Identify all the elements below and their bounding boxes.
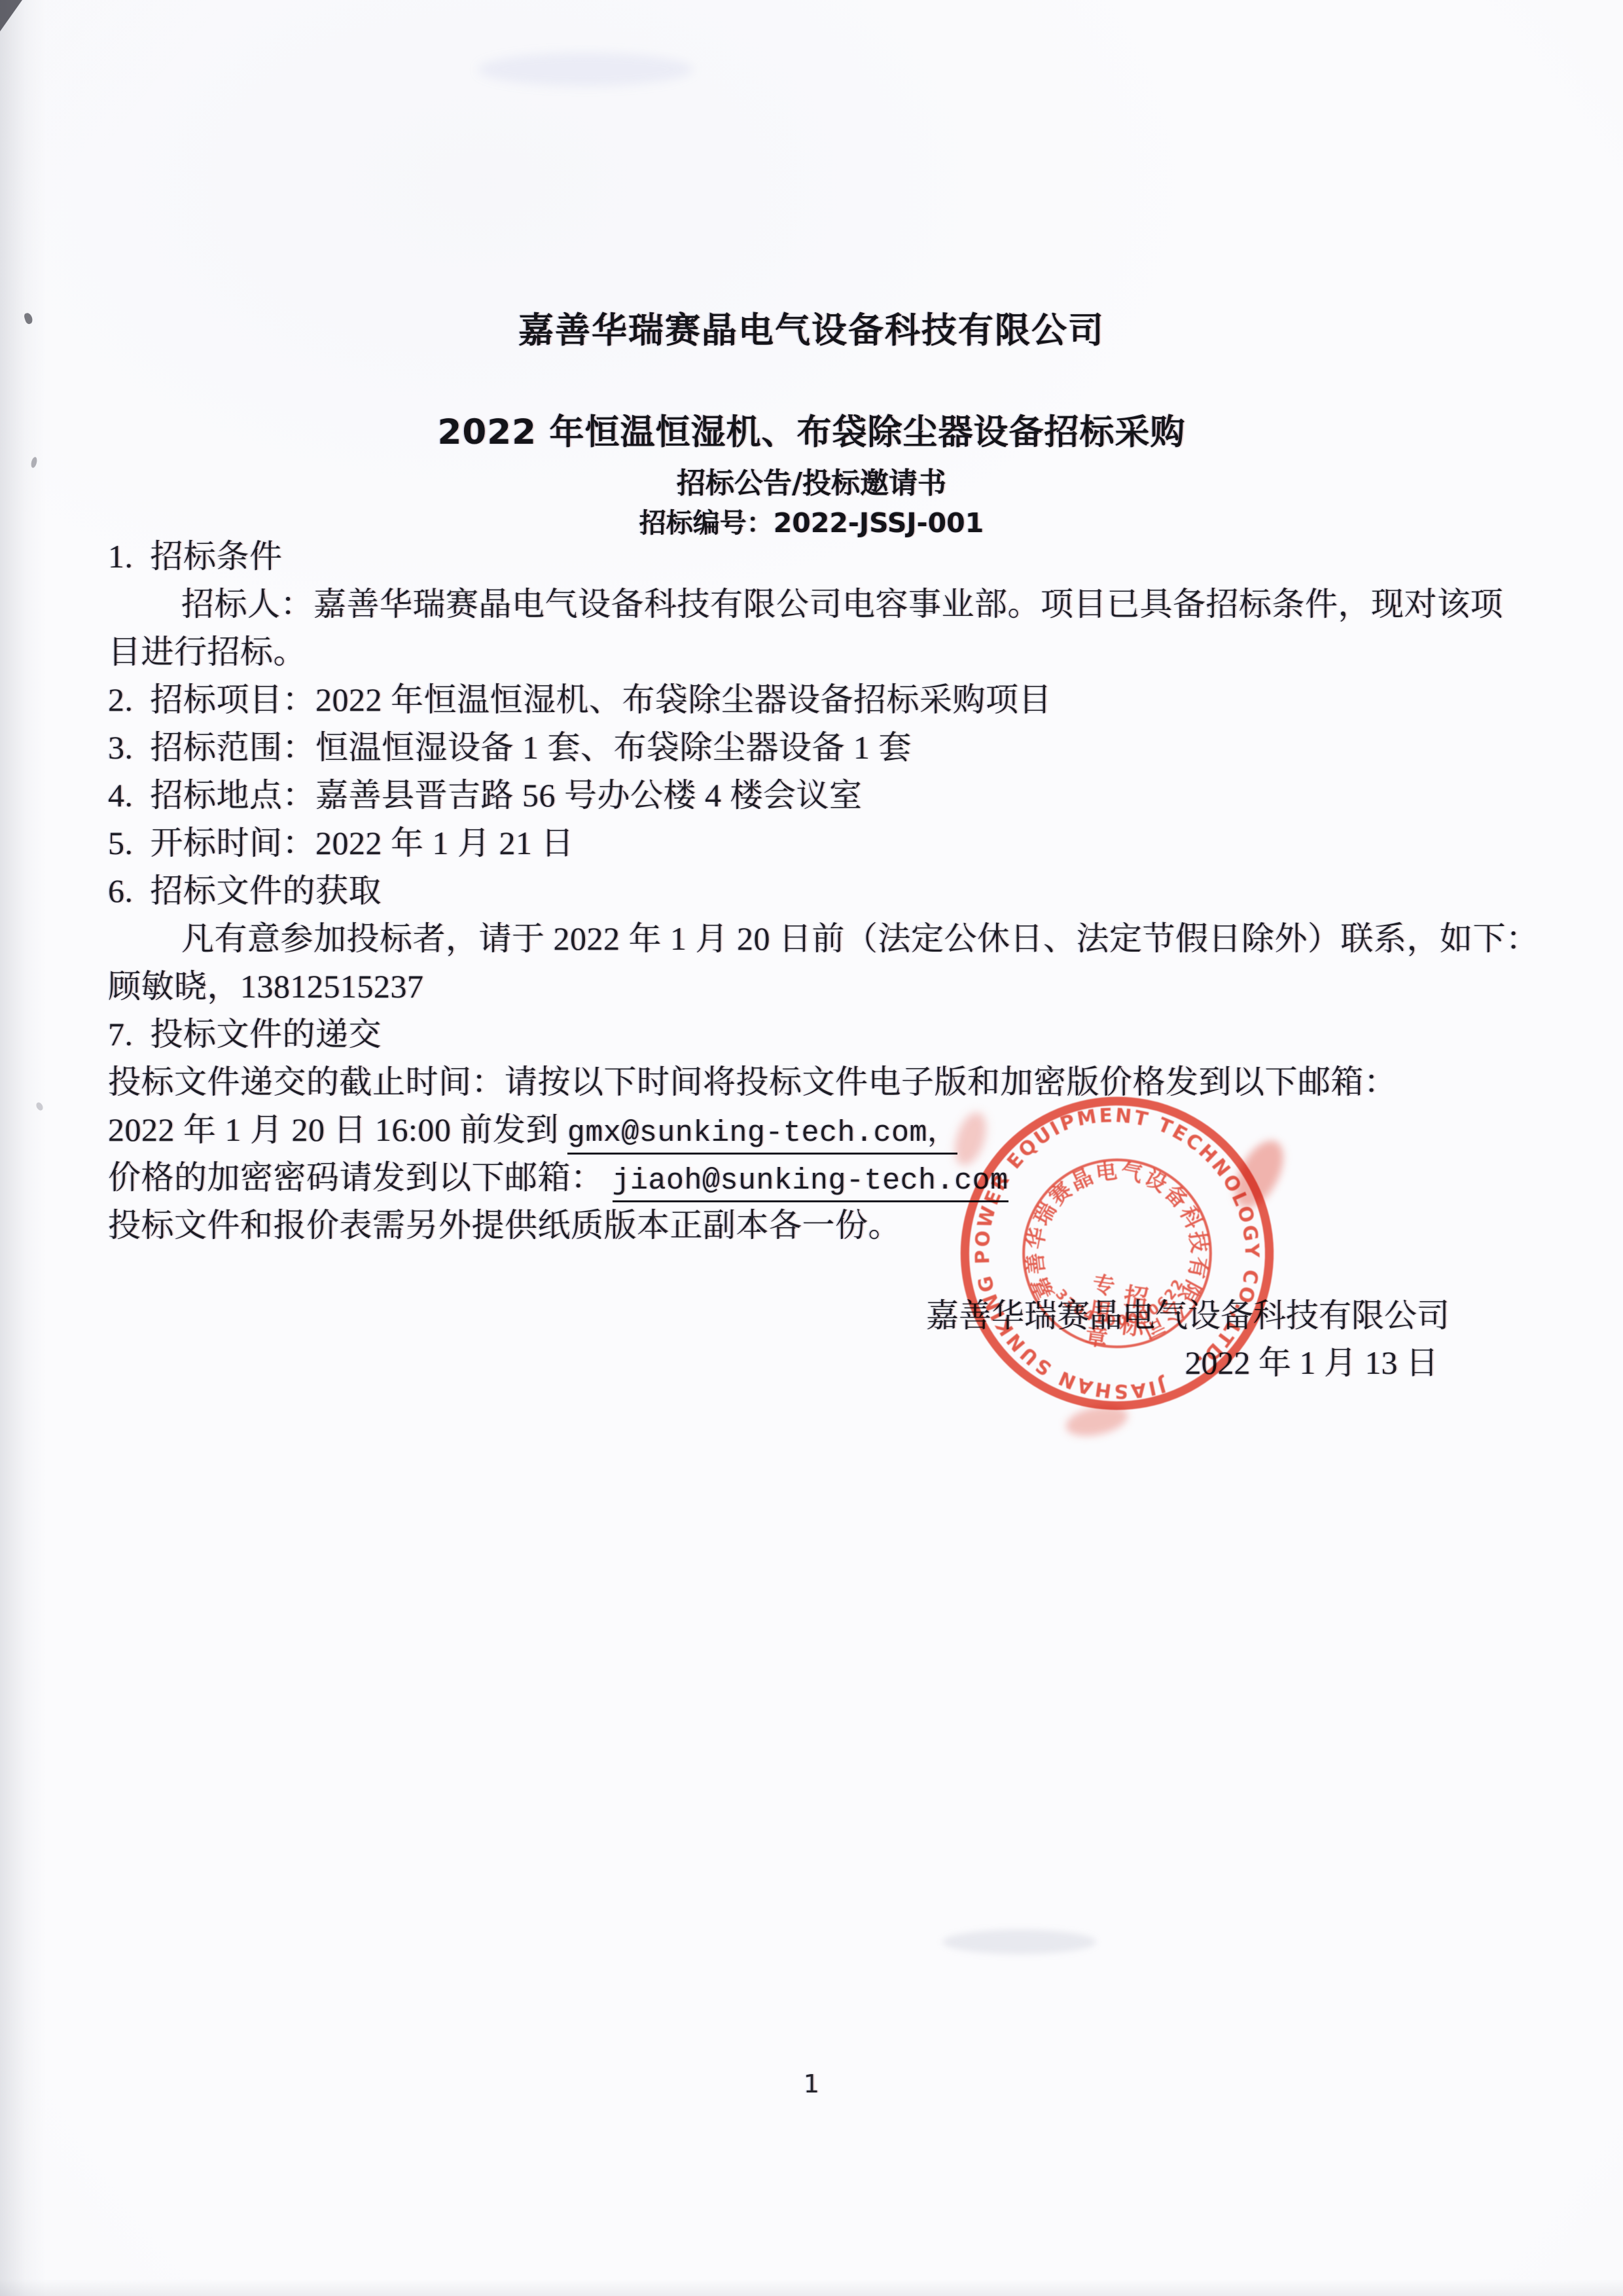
body-text-segment: 投标文件递交的截止时间：请按以下时间将投标文件电子版和加密版价格发到以下邮箱： [108, 1064, 1397, 1100]
body-text-segment: 3. 招标范围：恒温恒湿设备 1 套、布袋除尘器设备 1 套 [108, 729, 912, 766]
project-title: 2022 年恒温恒湿机、布袋除尘器设备招标采购 [0, 404, 1623, 454]
body-line: 投标文件和报价表需另外提供纸质版本正副本各一份。 [108, 1202, 1522, 1249]
body-line: 5. 开标时间：2022 年 1 月 21 日 [108, 819, 1522, 867]
body-line: 价格的加密密码请发到以下邮箱： jiaoh@sunking-tech.com [108, 1154, 1522, 1202]
email-address: gmx@sunking-tech.com， [567, 1117, 957, 1155]
scan-edge-shadow-bottom [0, 2279, 1623, 2296]
body-line: 目进行招标。 [108, 628, 1522, 676]
body-line: 7. 投标文件的递交 [108, 1011, 1522, 1058]
email-address: jiaoh@sunking-tech.com [613, 1164, 1008, 1202]
svg-text:JIASHAN SUNKING POWER EQUIPMEN: JIASHAN SUNKING POWER EQUIPMENT TECHNOLO… [952, 1086, 1283, 1421]
body-line: 3. 招标范围：恒温恒湿设备 1 套、布袋除尘器设备 1 套 [108, 724, 1522, 772]
body-text-segment: 顾敏晓，13812515237 [108, 968, 424, 1005]
body-text-segment: 1. 招标条件 [108, 538, 283, 575]
body-text-segment: 7. 投标文件的递交 [108, 1016, 382, 1052]
company-seal-stamp: JIASHAN SUNKING POWER EQUIPMENT TECHNOLO… [929, 1065, 1306, 1442]
body-lines: 1. 招标条件招标人：嘉善华瑞赛晶电气设备科技有限公司电容事业部。项目已具备招标… [108, 533, 1522, 1249]
doc-type-heading: 招标公告/投标邀请书 [0, 459, 1623, 501]
company-title: 嘉善华瑞赛晶电气设备科技有限公司 [0, 302, 1623, 353]
body-text-segment: 价格的加密密码请发到以下邮箱： [108, 1159, 613, 1196]
seal-outer-ring [945, 1081, 1289, 1425]
body-text-segment: 6. 招标文件的获取 [108, 872, 382, 909]
seal-rings: JIASHAN SUNKING POWER EQUIPMENT TECHNOLO… [929, 1065, 1306, 1442]
body-line: 投标文件递交的截止时间：请按以下时间将投标文件电子版和加密版价格发到以下邮箱： [108, 1058, 1522, 1106]
page-number: 1 [0, 2070, 1623, 2098]
body-line: 顾敏晓，13812515237 [108, 963, 1522, 1011]
body-text-segment: 5. 开标时间：2022 年 1 月 21 日 [108, 825, 574, 861]
body-text-segment: 2022 年 1 月 20 日 16:00 前发到 [108, 1111, 567, 1148]
scanned-document-page: 嘉善华瑞赛晶电气设备科技有限公司 2022 年恒温恒湿机、布袋除尘器设备招标采购… [0, 0, 1623, 2296]
body-line: 凡有意参加投标者，请于 2022 年 1 月 20 日前（法定公休日、法定节假日… [108, 915, 1522, 963]
body-line: 招标人：嘉善华瑞赛晶电气设备科技有限公司电容事业部。项目已具备招标条件，现对该项 [108, 581, 1522, 628]
body-text-segment: 凡有意参加投标者，请于 2022 年 1 月 20 日前（法定公休日、法定节假日… [181, 920, 1539, 957]
body-text-segment: 招标人：嘉善华瑞赛晶电气设备科技有限公司电容事业部。项目已具备招标条件，现对该项 [181, 586, 1503, 622]
body-line: 2. 招标项目：2022 年恒温恒湿机、布袋除尘器设备招标采购项目 [108, 676, 1522, 724]
body-line: 2022 年 1 月 20 日 16:00 前发到 gmx@sunking-te… [108, 1106, 1522, 1154]
pencil-smudge [942, 1929, 1096, 1954]
body-line: 6. 招标文件的获取 [108, 867, 1522, 915]
body-text-segment: 4. 招标地点：嘉善县晋吉路 56 号办公楼 4 楼会议室 [108, 777, 863, 814]
body-text-segment: 目进行招标。 [108, 634, 306, 670]
body-line: 1. 招标条件 [108, 533, 1522, 581]
seal-english-arc: JIASHAN SUNKING POWER EQUIPMENT TECHNOLO… [952, 1086, 1283, 1421]
body-text-segment: 投标文件和报价表需另外提供纸质版本正副本各一份。 [108, 1207, 901, 1244]
ink-smudge [478, 52, 694, 86]
body-line: 4. 招标地点：嘉善县晋吉路 56 号办公楼 4 楼会议室 [108, 772, 1522, 819]
body-text-segment: 2. 招标项目：2022 年恒温恒湿机、布袋除尘器设备招标采购项目 [108, 681, 1052, 718]
